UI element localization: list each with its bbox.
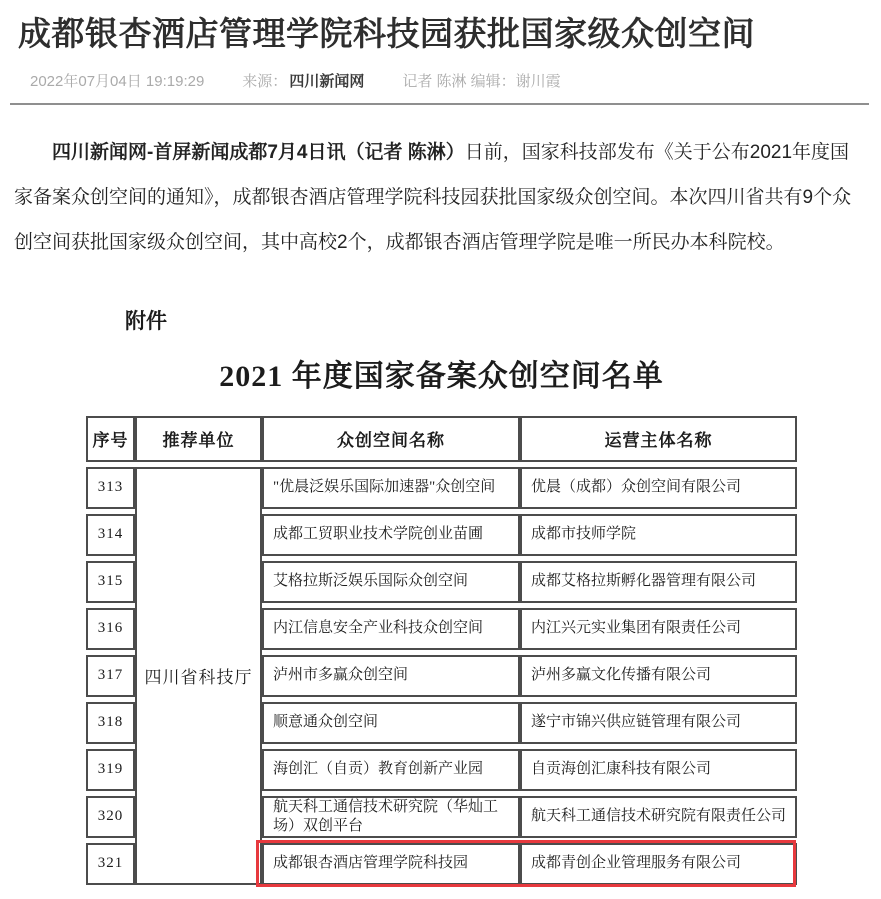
space-name: 泸州市多赢众创空间	[262, 655, 520, 697]
reporter-editor: 记者 陈淋 编辑：谢川霞	[402, 70, 560, 91]
space-name: 艾格拉斯泛娱乐国际众创空间	[262, 561, 520, 603]
recommending-unit-cell: 四川省科技厅	[135, 467, 262, 885]
article-meta: 2022年07月04日 19:19:29 来源： 四川新闻网 记者 陈淋 编辑：…	[30, 70, 881, 91]
row-number: 317	[86, 655, 135, 697]
article-paragraph: 四川新闻网-首屏新闻成都7月4日讯（记者 陈淋）日前，国家科技部发布《关于公布2…	[14, 130, 865, 265]
paragraph-lead: 四川新闻网-首屏新闻成都7月4日讯（记者 陈淋）	[52, 142, 465, 163]
column-header-no: 序号	[86, 416, 135, 462]
source-label: 来源：	[242, 70, 287, 91]
article-title: 成都银杏酒店管理学院科技园获批国家级众创空间	[18, 14, 863, 54]
space-name: 成都工贸职业技术学院创业苗圃	[262, 514, 520, 556]
operator-name: 成都市技师学院	[520, 514, 797, 556]
row-number: 316	[86, 608, 135, 650]
row-number: 318	[86, 702, 135, 744]
row-number: 320	[86, 796, 135, 838]
attachment-label: 附件	[125, 305, 797, 335]
space-name: 顺意通众创空间	[262, 702, 520, 744]
makerspace-table: 序号 推荐单位 众创空间名称 运营主体名称 四川省科技厅 313"优晨泛娱乐国际…	[86, 416, 797, 885]
divider	[10, 103, 869, 105]
operator-name: 遂宁市锦兴供应链管理有限公司	[520, 702, 797, 744]
source-pair: 来源： 四川新闻网	[242, 70, 364, 91]
operator-name: 泸州多赢文化传播有限公司	[520, 655, 797, 697]
space-name: "优晨泛娱乐国际加速器"众创空间	[262, 467, 520, 509]
operator-name: 成都艾格拉斯孵化器管理有限公司	[520, 561, 797, 603]
space-name: 航天科工通信技术研究院（华灿工场）双创平台	[262, 796, 520, 838]
attachment-document: 附件 2021 年度国家备案众创空间名单 序号 推荐单位 众创空间名称 运营主体…	[86, 305, 797, 885]
column-header-unit: 推荐单位	[135, 416, 262, 462]
source-link[interactable]: 四川新闻网	[289, 70, 364, 91]
table-title: 2021 年度国家备案众创空间名单	[86, 351, 797, 395]
operator-name: 内江兴元实业集团有限责任公司	[520, 608, 797, 650]
operator-name: 航天科工通信技术研究院有限责任公司	[520, 796, 797, 838]
column-header-space: 众创空间名称	[262, 416, 520, 462]
row-number: 313	[86, 467, 135, 509]
publish-datetime: 2022年07月04日 19:19:29	[30, 70, 204, 91]
space-name: 成都银杏酒店管理学院科技园	[262, 843, 520, 885]
space-name: 海创汇（自贡）教育创新产业园	[262, 749, 520, 791]
row-number: 321	[86, 843, 135, 885]
operator-name: 优晨（成都）众创空间有限公司	[520, 467, 797, 509]
operator-name: 自贡海创汇康科技有限公司	[520, 749, 797, 791]
space-name: 内江信息安全产业科技众创空间	[262, 608, 520, 650]
operator-name: 成都青创企业管理服务有限公司	[520, 843, 797, 885]
row-number: 319	[86, 749, 135, 791]
row-number: 314	[86, 514, 135, 556]
row-number: 315	[86, 561, 135, 603]
column-header-operator: 运营主体名称	[520, 416, 797, 462]
